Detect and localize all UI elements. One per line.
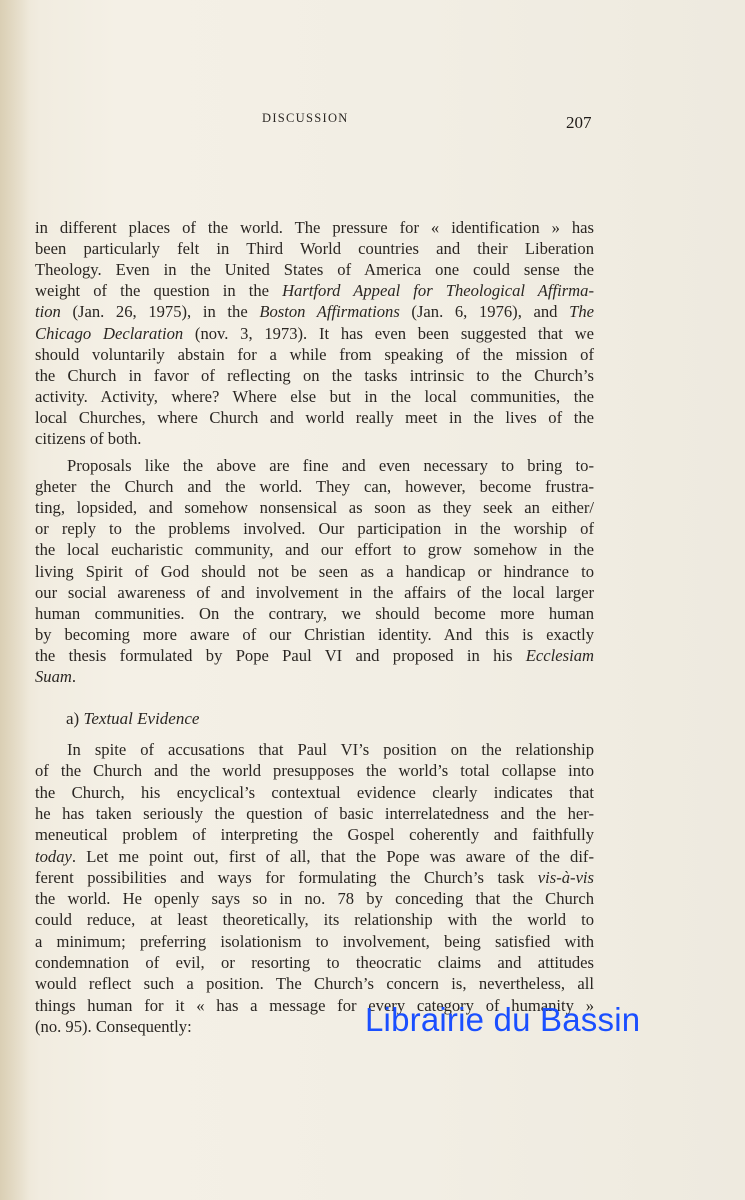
text: living Spirit of God should not be seen …: [35, 562, 594, 581]
text: (Jan. 6, 1976), and: [400, 302, 569, 321]
text: citizens of both.: [35, 429, 141, 448]
paragraph-1-line: citizens of both.: [35, 429, 594, 449]
text: could reduce, at least theoretically, it…: [35, 910, 594, 929]
text: Theology. Even in the United States of A…: [35, 260, 594, 279]
text: weight of the question in the: [35, 281, 282, 300]
text: the thesis formulated by Pope Paul VI an…: [35, 646, 526, 665]
text: the Church in favor of reflecting on the…: [35, 366, 594, 385]
paragraph-3-line: In spite of accusations that Paul VI’s p…: [67, 740, 594, 760]
paragraph-1-line: tion (Jan. 26, 1975), in the Boston Affi…: [35, 302, 594, 322]
paragraph-2-line: living Spirit of God should not be seen …: [35, 562, 594, 582]
italic-text: Hartford Appeal for Theological Affirma-: [282, 281, 594, 300]
text: our social awareness of and involvement …: [35, 583, 594, 602]
italic-text: Ecclesiam: [526, 646, 594, 665]
paragraph-2-line: our social awareness of and involvement …: [35, 583, 594, 603]
text: of the Church and the world presupposes …: [35, 761, 594, 780]
text: or reply to the problems involved. Our p…: [35, 519, 594, 538]
paragraph-3-line: the world. He openly says so in no. 78 b…: [35, 889, 594, 909]
italic-text: Chicago Declaration: [35, 324, 183, 343]
text: a minimum; preferring isolationism to in…: [35, 932, 594, 951]
text: condemnation of evil, or resorting to th…: [35, 953, 594, 972]
text: in different places of the world. The pr…: [35, 218, 594, 237]
paragraph-2-line: human communities. On the contrary, we s…: [35, 604, 594, 624]
text: local Churches, where Church and world r…: [35, 408, 594, 427]
paragraph-1-line: in different places of the world. The pr…: [35, 218, 594, 238]
paragraph-3-line: meneutical problem of interpreting the G…: [35, 825, 594, 845]
paragraph-3-line: a minimum; preferring isolationism to in…: [35, 932, 594, 952]
paragraph-3-line: condemnation of evil, or resorting to th…: [35, 953, 594, 973]
text: gheter the Church and the world. They ca…: [35, 477, 594, 496]
paragraph-2-line: or reply to the problems involved. Our p…: [35, 519, 594, 539]
italic-text: Boston Affirmations: [259, 302, 399, 321]
section-label: a): [66, 709, 79, 728]
italic-text: The: [569, 302, 594, 321]
text: meneutical problem of interpreting the G…: [35, 825, 594, 844]
text: should voluntarily abstain for a while f…: [35, 345, 594, 364]
text: . Let me point out, first of all, that t…: [72, 847, 594, 866]
section-title: Textual Evidence: [83, 709, 199, 728]
paragraph-1-line: should voluntarily abstain for a while f…: [35, 345, 594, 365]
paragraph-2-line: by becoming more aware of our Christian …: [35, 625, 594, 645]
paragraph-1-line: Theology. Even in the United States of A…: [35, 260, 594, 280]
watermark: Librairie du Bassin: [365, 1001, 640, 1039]
text: ferent possibilities and ways for formul…: [35, 868, 538, 887]
text: been particularly felt in Third World co…: [35, 239, 594, 258]
paragraph-1-line: the Church in favor of reflecting on the…: [35, 366, 594, 386]
text: activity. Activity, where? Where else bu…: [35, 387, 594, 406]
text: human communities. On the contrary, we s…: [35, 604, 594, 623]
section-heading: a) Textual Evidence: [66, 709, 199, 729]
paragraph-3-line: he has taken seriously the question of b…: [35, 804, 594, 824]
running-head: DISCUSSION: [262, 111, 349, 126]
text: (Jan. 26, 1975), in the: [61, 302, 260, 321]
text: .: [72, 667, 76, 686]
paragraph-3-line: the Church, his encyclical’s contextual …: [35, 783, 594, 803]
text: Proposals like the above are fine and ev…: [67, 456, 594, 475]
paragraph-3-line: of the Church and the world presupposes …: [35, 761, 594, 781]
paragraph-1-line: Chicago Declaration (nov. 3, 1973). It h…: [35, 324, 594, 344]
text: In spite of accusations that Paul VI’s p…: [67, 740, 594, 759]
paragraph-1-line: activity. Activity, where? Where else bu…: [35, 387, 594, 407]
paragraph-2-line: the thesis formulated by Pope Paul VI an…: [35, 646, 594, 666]
text: the Church, his encyclical’s contextual …: [35, 783, 594, 802]
paragraph-3-line: could reduce, at least theoretically, it…: [35, 910, 594, 930]
text: the world. He openly says so in no. 78 b…: [35, 889, 594, 908]
paragraph-2-line: Proposals like the above are fine and ev…: [67, 456, 594, 476]
page-gutter-shadow: [0, 0, 30, 1200]
italic-text: tion: [35, 302, 61, 321]
italic-text: Suam: [35, 667, 72, 686]
text: would reflect such a position. The Churc…: [35, 974, 594, 993]
paragraph-2-line: ting, lopsided, and somehow nonsensical …: [35, 498, 594, 518]
paragraph-3-line: today. Let me point out, first of all, t…: [35, 847, 594, 867]
text: (nov. 3, 1973). It has even been suggest…: [183, 324, 594, 343]
paragraph-2-line: gheter the Church and the world. They ca…: [35, 477, 594, 497]
italic-text: vis-à-vis: [538, 868, 594, 887]
text: the local eucharistic community, and our…: [35, 540, 594, 559]
paragraph-3-line: would reflect such a position. The Churc…: [35, 974, 594, 994]
paragraph-3-line: ferent possibilities and ways for formul…: [35, 868, 594, 888]
italic-text: today: [35, 847, 72, 866]
paragraph-2-line: Suam.: [35, 667, 594, 687]
text: ting, lopsided, and somehow nonsensical …: [35, 498, 594, 517]
paragraph-1-line: been particularly felt in Third World co…: [35, 239, 594, 259]
text: by becoming more aware of our Christian …: [35, 625, 594, 644]
text: (no. 95). Consequently:: [35, 1017, 192, 1036]
text: he has taken seriously the question of b…: [35, 804, 594, 823]
paragraph-1-line: weight of the question in the Hartford A…: [35, 281, 594, 301]
paragraph-1-line: local Churches, where Church and world r…: [35, 408, 594, 428]
paragraph-2-line: the local eucharistic community, and our…: [35, 540, 594, 560]
page-number: 207: [566, 113, 592, 133]
